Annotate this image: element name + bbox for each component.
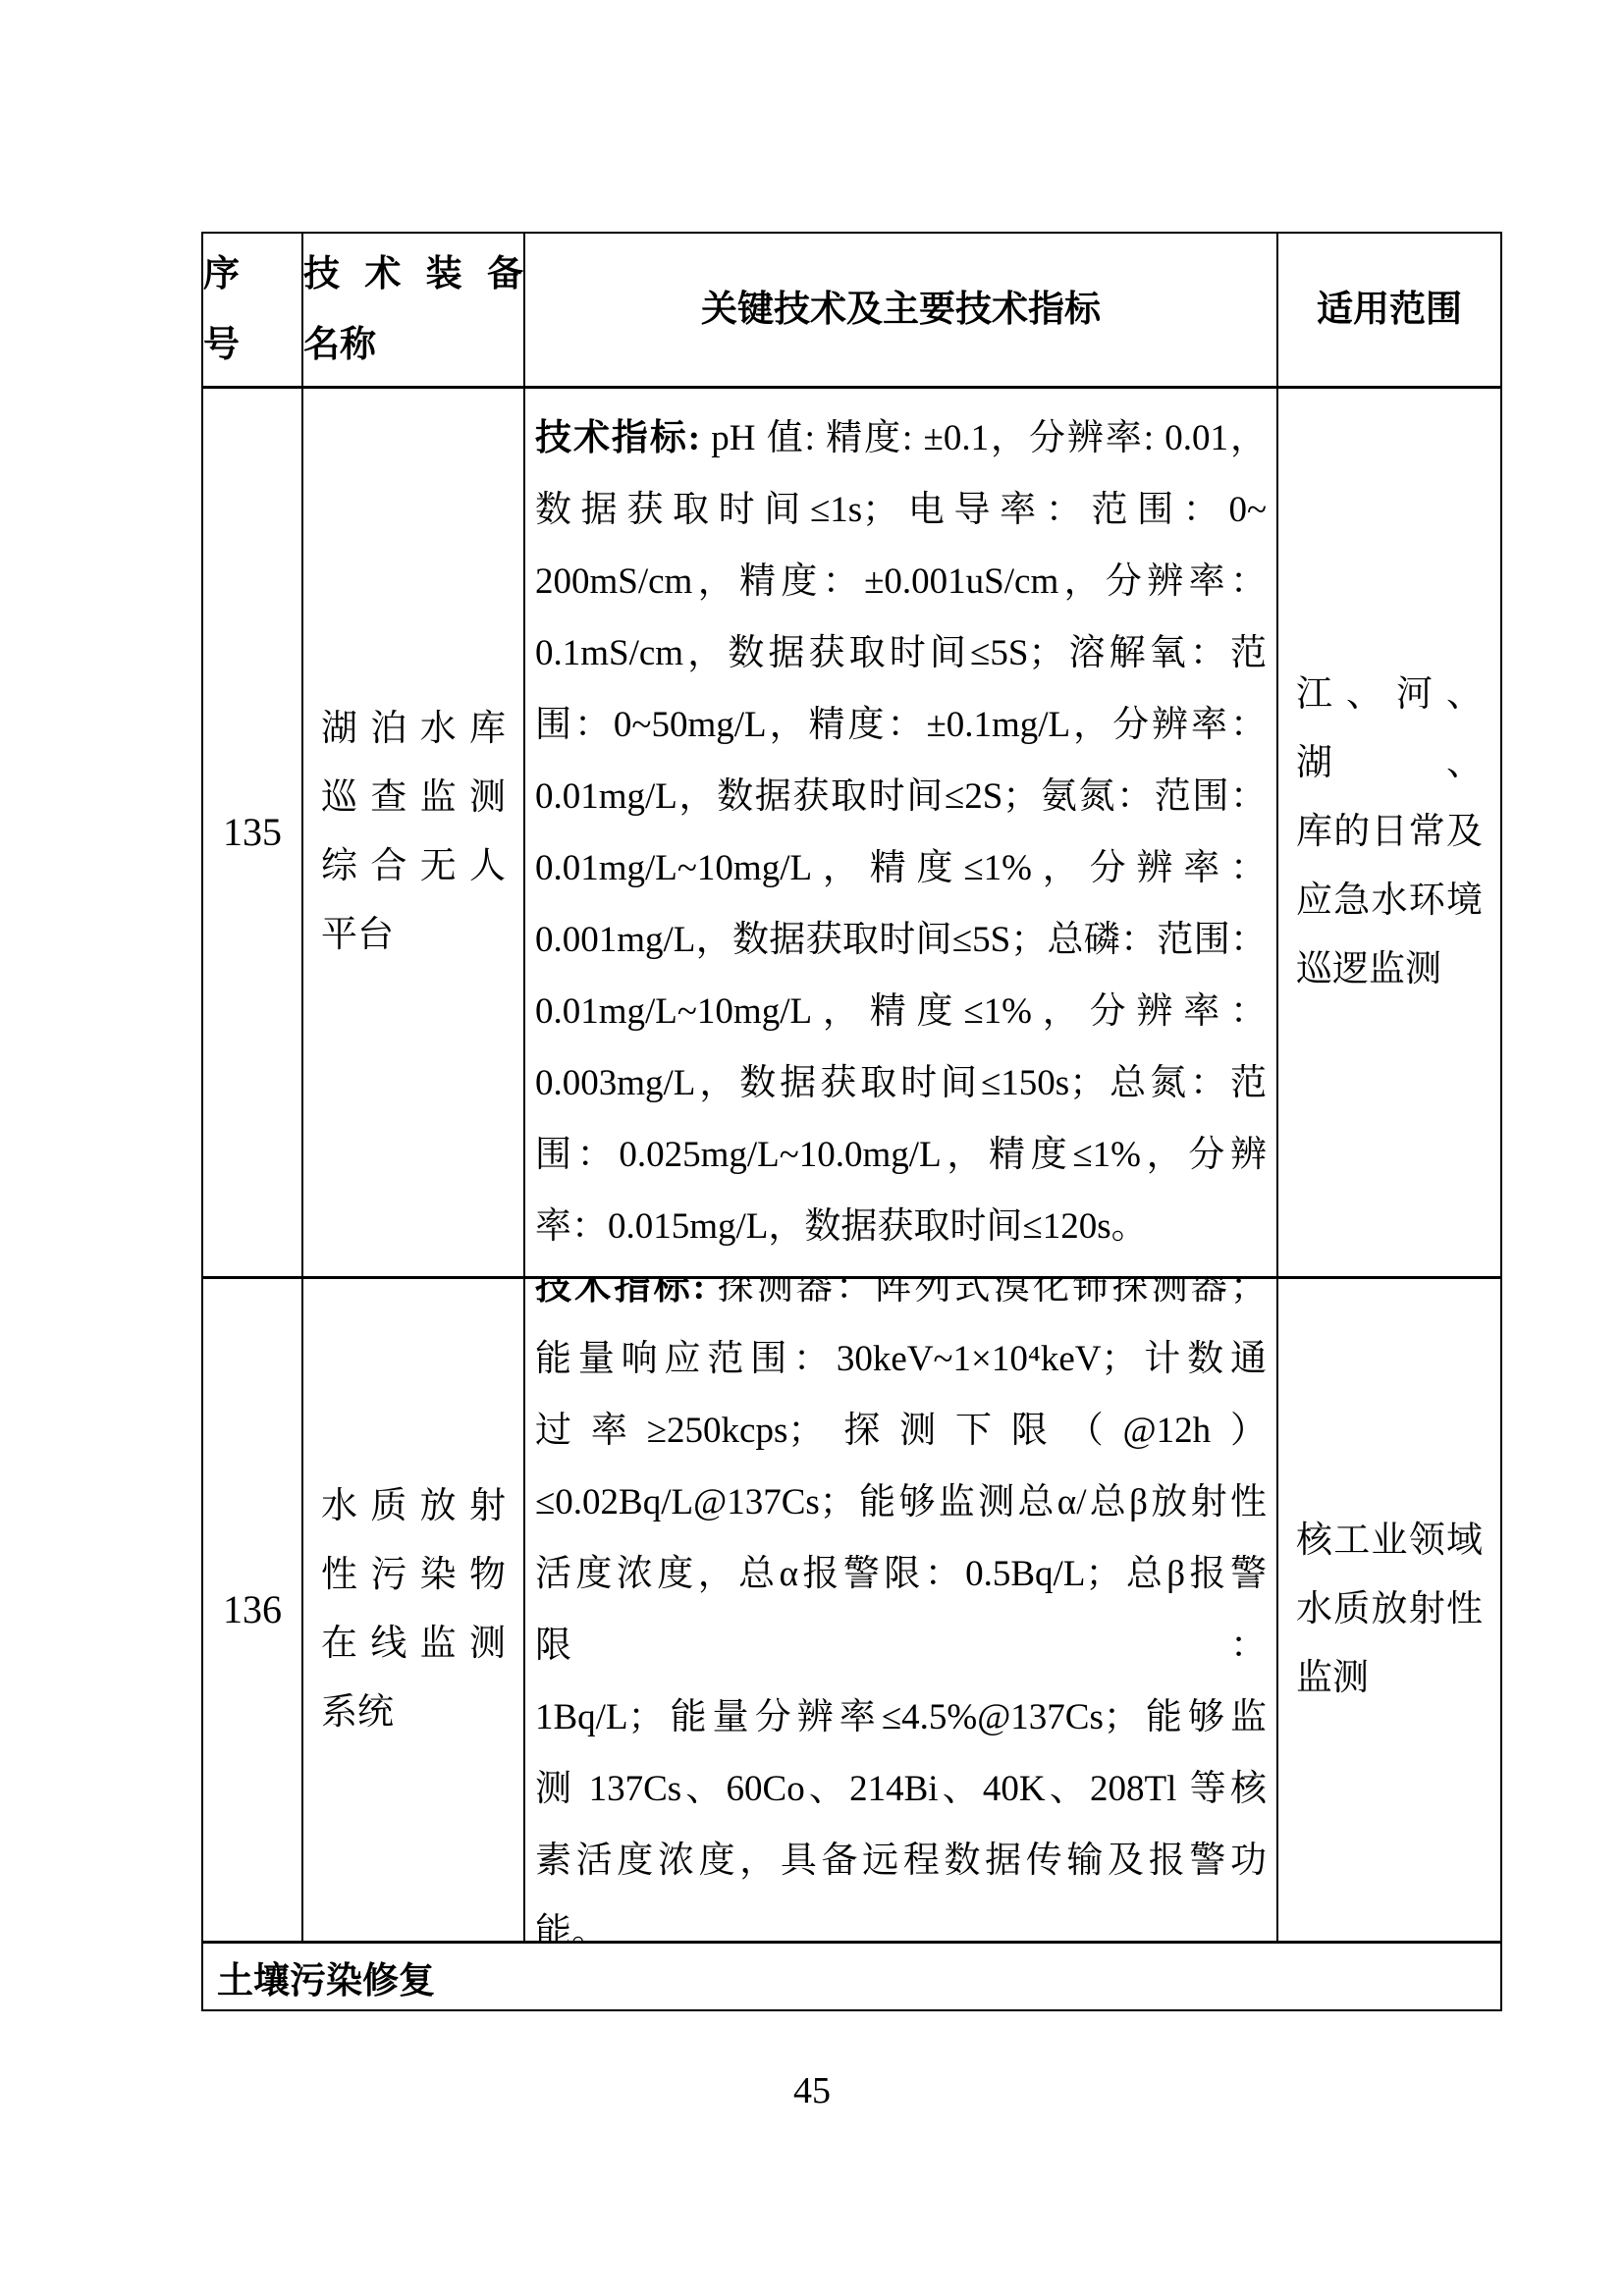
text-line: 名称 bbox=[303, 310, 523, 381]
text-line: 巡查监测 bbox=[321, 764, 506, 832]
text-line: 库的日常及 bbox=[1296, 798, 1483, 867]
text-line: 0.01mg/L~10mg/L，精度≤1%，分辨率： bbox=[535, 976, 1267, 1047]
text-line: 过率≥250kcps；探测下限（@12h） bbox=[535, 1395, 1267, 1467]
spec-cell: 技术指标: pH 值: 精度: ±0.1，分辨率: 0.01， 数据获取时间≤1… bbox=[523, 389, 1276, 1276]
spec-first-line-text: 探测器：阵列式溴化铈探测器； bbox=[705, 1279, 1267, 1308]
equipment-name-cell: 湖泊水库巡查监测综合无人平台 bbox=[301, 389, 523, 1276]
spec-first-line: 技术指标: pH 值: 精度: ±0.1，分辨率: 0.01， bbox=[535, 402, 1267, 474]
text-line: 综合无人 bbox=[321, 832, 506, 901]
header-cell-scope: 适用范围 bbox=[1276, 234, 1500, 386]
text-line: 0.01mg/L，数据获取时间≤2S；氨氮：范围： bbox=[535, 761, 1267, 832]
text-line: 号 bbox=[203, 310, 301, 381]
text-line: 活度浓度，总α报警限：0.5Bq/L；总β报警限： bbox=[535, 1538, 1267, 1682]
spec-cell: 技术指标: 探测器：阵列式溴化铈探测器； 能量响应范围：30keV~1×10⁴k… bbox=[523, 1279, 1276, 1941]
scope-cell: 核工业领域水质放射性监测 bbox=[1276, 1279, 1500, 1941]
text-line: 巡逻监测 bbox=[1296, 935, 1483, 1004]
text-line: 技术装备 bbox=[303, 240, 523, 310]
text-line: 湖泊水库 bbox=[321, 695, 506, 764]
text-line: 核工业领域 bbox=[1296, 1507, 1483, 1575]
equipment-table: 序号 技术装备名称 关键技术及主要技术指标 适用范围 135 湖泊水库巡查监测综… bbox=[201, 232, 1502, 2011]
text-line: 0.01mg/L~10mg/L，精度≤1%，分辨率： bbox=[535, 832, 1267, 904]
text-line: 应急水环境 bbox=[1296, 867, 1483, 935]
text-line: 性污染物 bbox=[321, 1541, 506, 1610]
text-line: ≤0.02Bq/L@137Cs；能够监测总α/总β放射性 bbox=[535, 1467, 1267, 1538]
header-scope-label: 适用范围 bbox=[1278, 275, 1500, 346]
seq-number: 136 bbox=[203, 1586, 301, 1633]
equipment-name-cell: 水质放射性污染物在线监测系统 bbox=[301, 1279, 523, 1941]
table-row: 135 湖泊水库巡查监测综合无人平台 技术指标: pH 值: 精度: ±0.1，… bbox=[203, 386, 1500, 1276]
text-line: 江、河、湖、 bbox=[1296, 661, 1483, 798]
seq-cell: 135 bbox=[203, 389, 301, 1276]
spec-first-line-text: pH 值: 精度: ±0.1，分辨率: 0.01， bbox=[700, 418, 1267, 458]
document-page: { "page": { "number": "45" }, "table": {… bbox=[0, 0, 1624, 2296]
text-line: 能。 bbox=[535, 1896, 1267, 1941]
text-line: 序 bbox=[203, 240, 301, 310]
text-line: 0.003mg/L，数据获取时间≤150s；总氮：范 bbox=[535, 1047, 1267, 1119]
text-line: 测 137Cs、60Co、214Bi、40K、208Tl 等核 bbox=[535, 1753, 1267, 1825]
text-line: 监测 bbox=[1296, 1644, 1483, 1713]
spec-lines: 数据获取时间≤1s；电导率：范围：0~200mS/cm，精度：±0.001uS/… bbox=[535, 474, 1267, 1262]
spec-lines: 能量响应范围：30keV~1×10⁴keV；计数通过率≥250kcps；探测下限… bbox=[535, 1323, 1267, 1941]
text-line: 率：0.015mg/L，数据获取时间≤120s。 bbox=[535, 1191, 1267, 1262]
text-line: 素活度浓度，具备远程数据传输及报警功 bbox=[535, 1825, 1267, 1896]
header-cell-name: 技术装备名称 bbox=[301, 234, 523, 386]
text-line: 水质放射性 bbox=[1296, 1575, 1483, 1644]
spec-first-line: 技术指标: 探测器：阵列式溴化铈探测器； bbox=[535, 1279, 1267, 1323]
header-cell-seq: 序号 bbox=[203, 234, 301, 386]
text-line: 水质放射 bbox=[321, 1472, 506, 1541]
header-cell-spec: 关键技术及主要技术指标 bbox=[523, 234, 1276, 386]
table-row: 136 水质放射性污染物在线监测系统 技术指标: 探测器：阵列式溴化铈探测器； … bbox=[203, 1276, 1500, 1941]
text-line: 围：0.025mg/L~10.0mg/L，精度≤1%，分辨 bbox=[535, 1119, 1267, 1191]
text-line: 1Bq/L；能量分辨率≤4.5%@137Cs；能够监 bbox=[535, 1682, 1267, 1753]
text-line: 200mS/cm，精度：±0.001uS/cm，分辨率： bbox=[535, 546, 1267, 617]
section-header-soil-remediation: 土壤污染修复 bbox=[203, 1941, 1500, 2009]
table-header-row: 序号 技术装备名称 关键技术及主要技术指标 适用范围 bbox=[203, 234, 1500, 386]
scope-cell: 江、河、湖、库的日常及应急水环境巡逻监测 bbox=[1276, 389, 1500, 1276]
seq-number: 135 bbox=[203, 809, 301, 856]
seq-cell: 136 bbox=[203, 1279, 301, 1941]
text-line: 在线监测 bbox=[321, 1610, 506, 1679]
spec-lead-label: 技术指标: bbox=[535, 418, 700, 458]
text-line: 0.1mS/cm，数据获取时间≤5S；溶解氧：范 bbox=[535, 617, 1267, 689]
spec-lead-label: 技术指标: bbox=[535, 1279, 705, 1308]
text-line: 数据获取时间≤1s；电导率：范围：0~ bbox=[535, 474, 1267, 546]
text-line: 平台 bbox=[321, 901, 506, 970]
text-line: 0.001mg/L，数据获取时间≤5S；总磷：范围： bbox=[535, 904, 1267, 976]
page-number: 45 bbox=[0, 2069, 1624, 2112]
text-line: 围：0~50mg/L，精度：±0.1mg/L，分辨率： bbox=[535, 689, 1267, 761]
text-line: 系统 bbox=[321, 1679, 506, 1747]
header-spec-label: 关键技术及主要技术指标 bbox=[525, 275, 1276, 346]
text-line: 能量响应范围：30keV~1×10⁴keV；计数通 bbox=[535, 1323, 1267, 1395]
